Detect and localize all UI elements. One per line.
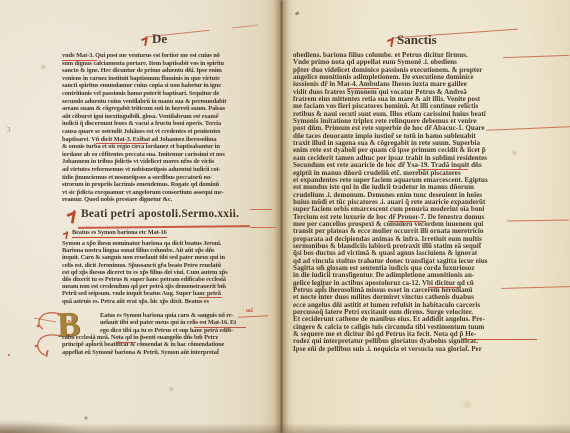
marginal-note: mc̃ xyxy=(246,308,253,314)
text-line: secundo aduentu cuius ventilabrũ in manu… xyxy=(62,98,252,106)
rubric-underline xyxy=(194,327,246,328)
text-line: Eatus es Symon bariona quia caro & sangu… xyxy=(100,312,252,319)
incipit-line: Beatus es Symon bariona etc Mat-16 xyxy=(72,229,167,238)
text-line: iordane ab eo cõfitentes peccata sua. Im… xyxy=(62,151,252,159)
text-line: Bariona nostra lingua sonat filius colum… xyxy=(62,247,252,254)
text-line: vt sic p̃dicta exequamur vt angelorum co… xyxy=(62,189,252,197)
paraph-mark xyxy=(63,231,69,240)
rubric-stroke xyxy=(250,209,272,210)
rubric-dot xyxy=(8,354,10,356)
text-line: baptisaret. Vñ dicit Mat-3. Exibat ad Jo… xyxy=(62,136,252,144)
rubric-stroke xyxy=(232,25,258,29)
text-line: aũt cõburet igni inextinguibili. glosa. … xyxy=(62,113,252,121)
ink-speck xyxy=(295,11,300,15)
rubric-underline xyxy=(62,60,97,61)
rubric-stroke xyxy=(250,227,276,228)
text-line: iudicii q̃ discernunt leues & vacui a fr… xyxy=(62,120,252,128)
paraph-mark xyxy=(67,210,78,225)
text-line: causa quare se ostendit Johãnes est vt c… xyxy=(62,128,252,136)
foxing-spot xyxy=(40,64,47,70)
pencil-mark: 3 xyxy=(7,126,11,134)
rubric-dot xyxy=(68,320,70,322)
running-head-right: Sanctis xyxy=(397,32,437,48)
rubric-underline xyxy=(198,297,222,298)
left-page: De vnde Mat-3. Qui post me venturus est … xyxy=(0,0,281,433)
foxing-spot xyxy=(461,400,473,409)
text-line: celis est. dicit Jeronimus. Sp̃ussancti … xyxy=(62,262,252,269)
text-line: vnde Mat-3. Qui post me venturus est for… xyxy=(62,52,252,60)
text-line: Ipse eñi de pellibus suis .i. nequicia e… xyxy=(293,346,541,353)
text-line: sum dignus calciamenta portare. Item bap… xyxy=(62,60,252,68)
sermon-heading: Beati petri apostoli.Sermo.xxii. xyxy=(81,208,239,220)
book-spread-photo: De vnde Mat-3. Qui post me venturus est … xyxy=(0,0,570,433)
text-line: veniens in carnez instituit baptismum fl… xyxy=(62,75,252,83)
corner-shadow xyxy=(0,419,90,433)
text-line: strorum in propriis lacrimis emendemus. … xyxy=(62,181,252,189)
book-gutter xyxy=(274,0,289,433)
paraph-mark xyxy=(387,37,395,48)
text-line: quã astruis es. Petra aũt erat xp̃s. hic… xyxy=(62,298,252,305)
rubric-underline xyxy=(418,169,468,170)
left-text-block-3-full: cabo ecclesiã meã. Nota qd in p̃senti eu… xyxy=(62,334,252,356)
text-line: contritionis vel passionis homo poterit … xyxy=(62,90,252,98)
left-text-block-1: vnde Mat-3. Qui post me venturus est for… xyxy=(62,52,252,204)
text-line: sancto & igne. Hec dicuntur de primo adu… xyxy=(62,67,252,75)
rubric-underline xyxy=(96,143,148,144)
text-line: principẽ apl̃orũ beatificat & cõmendat &… xyxy=(62,341,252,348)
paraph-mark xyxy=(141,36,149,47)
text-line: sancti spiritus emundamur cuius copia si… xyxy=(62,82,252,90)
text-line: reamur. Quod nobis prestare dignetur &c. xyxy=(62,196,252,204)
rubric-stroke xyxy=(238,315,268,318)
text-line: est qd xp̃s ihesus diceret tu es xp̃s fi… xyxy=(62,269,252,276)
foxing-spot xyxy=(511,150,518,156)
text-line: meam non est credendum qd per petrã xp̃s… xyxy=(62,283,252,290)
rubric-underline xyxy=(428,287,460,288)
rubric-underline xyxy=(116,342,136,343)
rubric-underline xyxy=(347,88,379,89)
text-line: Symon a xp̃o ihesu nominatur bariona qa … xyxy=(62,240,252,247)
text-line: appellat eũ Symonẽ bariona & Petrũ. Symo… xyxy=(62,349,252,356)
right-text-block: obediens. bariona filius columbe. et Pet… xyxy=(293,52,541,353)
text-line: Petrũ sed seipsum. vnde inquit beatus Au… xyxy=(62,290,252,297)
rubric-underline xyxy=(388,221,426,222)
foxing-spot xyxy=(168,386,175,392)
text-line: inquit. Caro & sanguis non reuelauit tib… xyxy=(62,254,252,261)
rubric-underline xyxy=(461,339,537,340)
text-line: Johannem in tribus p̃dictis vt videlicet… xyxy=(62,158,252,166)
text-line: ad virtutes reformemus vt nobismetipsis … xyxy=(62,166,252,174)
text-line: & omnis turba et oĩs regio circa iordane… xyxy=(62,143,252,151)
text-line: aream suam & cõgregabit triticum suũ in … xyxy=(62,105,252,113)
text-line: tidie p̃nunciemus et nosmetipsos a sordi… xyxy=(62,174,252,182)
rubric-underline xyxy=(78,225,250,228)
right-page: Sanctis obediens. bariona filius columbe… xyxy=(281,0,570,433)
running-head-left: De xyxy=(152,31,167,47)
left-text-block-3-indented: Eatus es Symon bariona quia caro & sangu… xyxy=(100,312,252,334)
text-line: uelauit tibi sed pater meus qui in celis… xyxy=(100,319,252,326)
left-text-block-2: Symon a xp̃o ihesu nominatur bariona qa … xyxy=(62,240,252,305)
text-line: dñs dixerit tu es Petrus & super hanc pe… xyxy=(62,276,252,283)
